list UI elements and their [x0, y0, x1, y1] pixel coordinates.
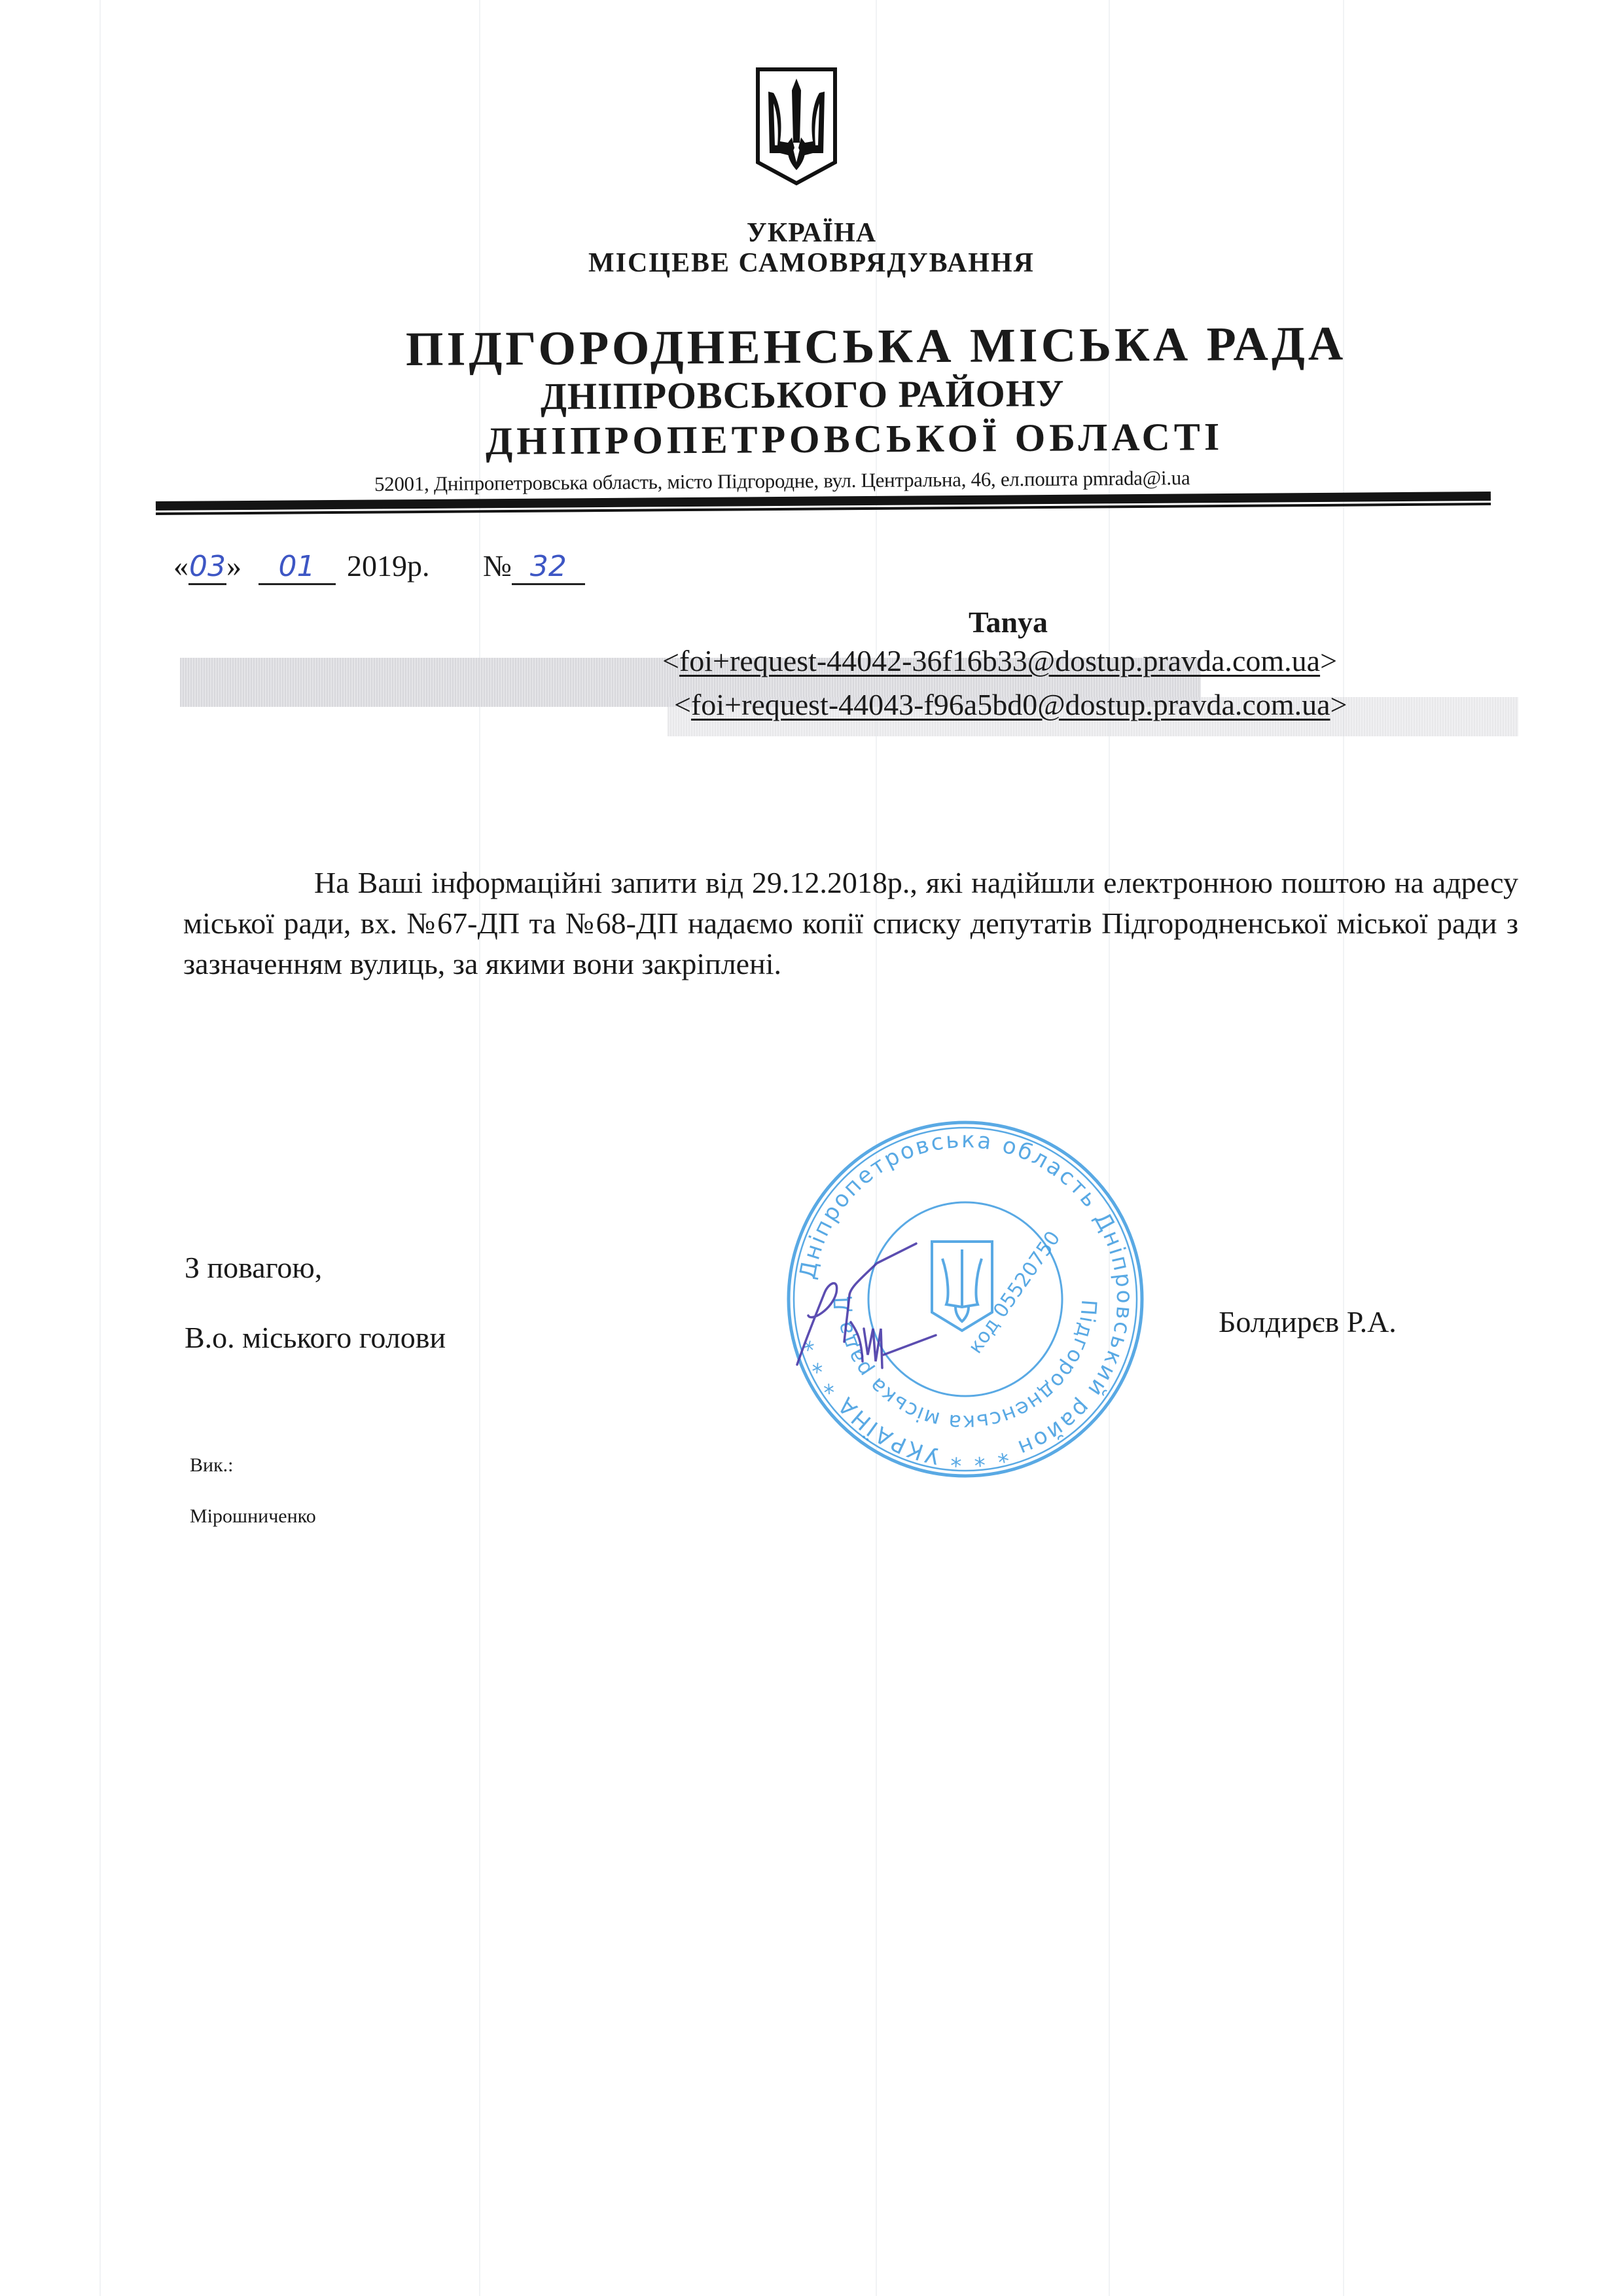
executor-label: Вик.:	[190, 1454, 233, 1477]
quote-close: »	[226, 549, 241, 583]
letterhead-divider	[156, 492, 1491, 517]
region-name: ДНІПРОПЕТРОВСЬКОЇ ОБЛАСТІ	[486, 414, 1224, 464]
quote-open: «	[173, 549, 188, 583]
recipient-email-1: <foi+request-44042-36f16b33@dostup.pravd…	[662, 643, 1337, 678]
year: 2019р.	[347, 549, 430, 583]
scan-artifact	[99, 0, 101, 2296]
district-name: ДНІПРОВСЬКОГО РАЙОНУ	[541, 371, 1065, 418]
council-name: ПІДГОРОДНЕНСЬКА МІСЬКА РАДА	[406, 316, 1347, 378]
outgoing-date-number: «03» 01 2019р. №32	[173, 548, 585, 585]
body-paragraph: На Ваші інформаційні запити від 29.12.20…	[183, 863, 1518, 984]
letter-body: На Ваші інформаційні запити від 29.12.20…	[183, 863, 1518, 984]
handwritten-signature	[785, 1230, 969, 1388]
ukraine-trident-icon	[754, 64, 839, 186]
recipient-name: Tanya	[969, 605, 1048, 639]
handwritten-number: 32	[512, 550, 585, 585]
email-link[interactable]: foi+request-44043-f96a5bd0@dostup.pravda…	[691, 688, 1330, 721]
handwritten-day: 03	[188, 550, 226, 585]
number-label: №	[483, 549, 512, 583]
executor-name: Мірошниченко	[190, 1505, 316, 1528]
closing-phrase: З повагою,	[185, 1250, 322, 1285]
council-address: 52001, Дніпропетровська область, місто П…	[374, 466, 1190, 496]
email-link[interactable]: foi+request-44042-36f16b33@dostup.pravda…	[679, 644, 1320, 677]
stamp-code: код 05520750	[964, 1227, 1065, 1358]
signer-position: В.о. міського голови	[185, 1320, 446, 1355]
signer-name: Болдирєв Р.А.	[1219, 1304, 1397, 1339]
recipient-email-2: <foi+request-44043-f96a5bd0@dostup.pravd…	[674, 687, 1347, 722]
handwritten-month: 01	[259, 550, 336, 585]
self-government-heading: МІСЦЕВЕ САМОВРЯДУВАННЯ	[0, 247, 1623, 279]
country-heading: УКРАЇНА	[0, 217, 1623, 249]
